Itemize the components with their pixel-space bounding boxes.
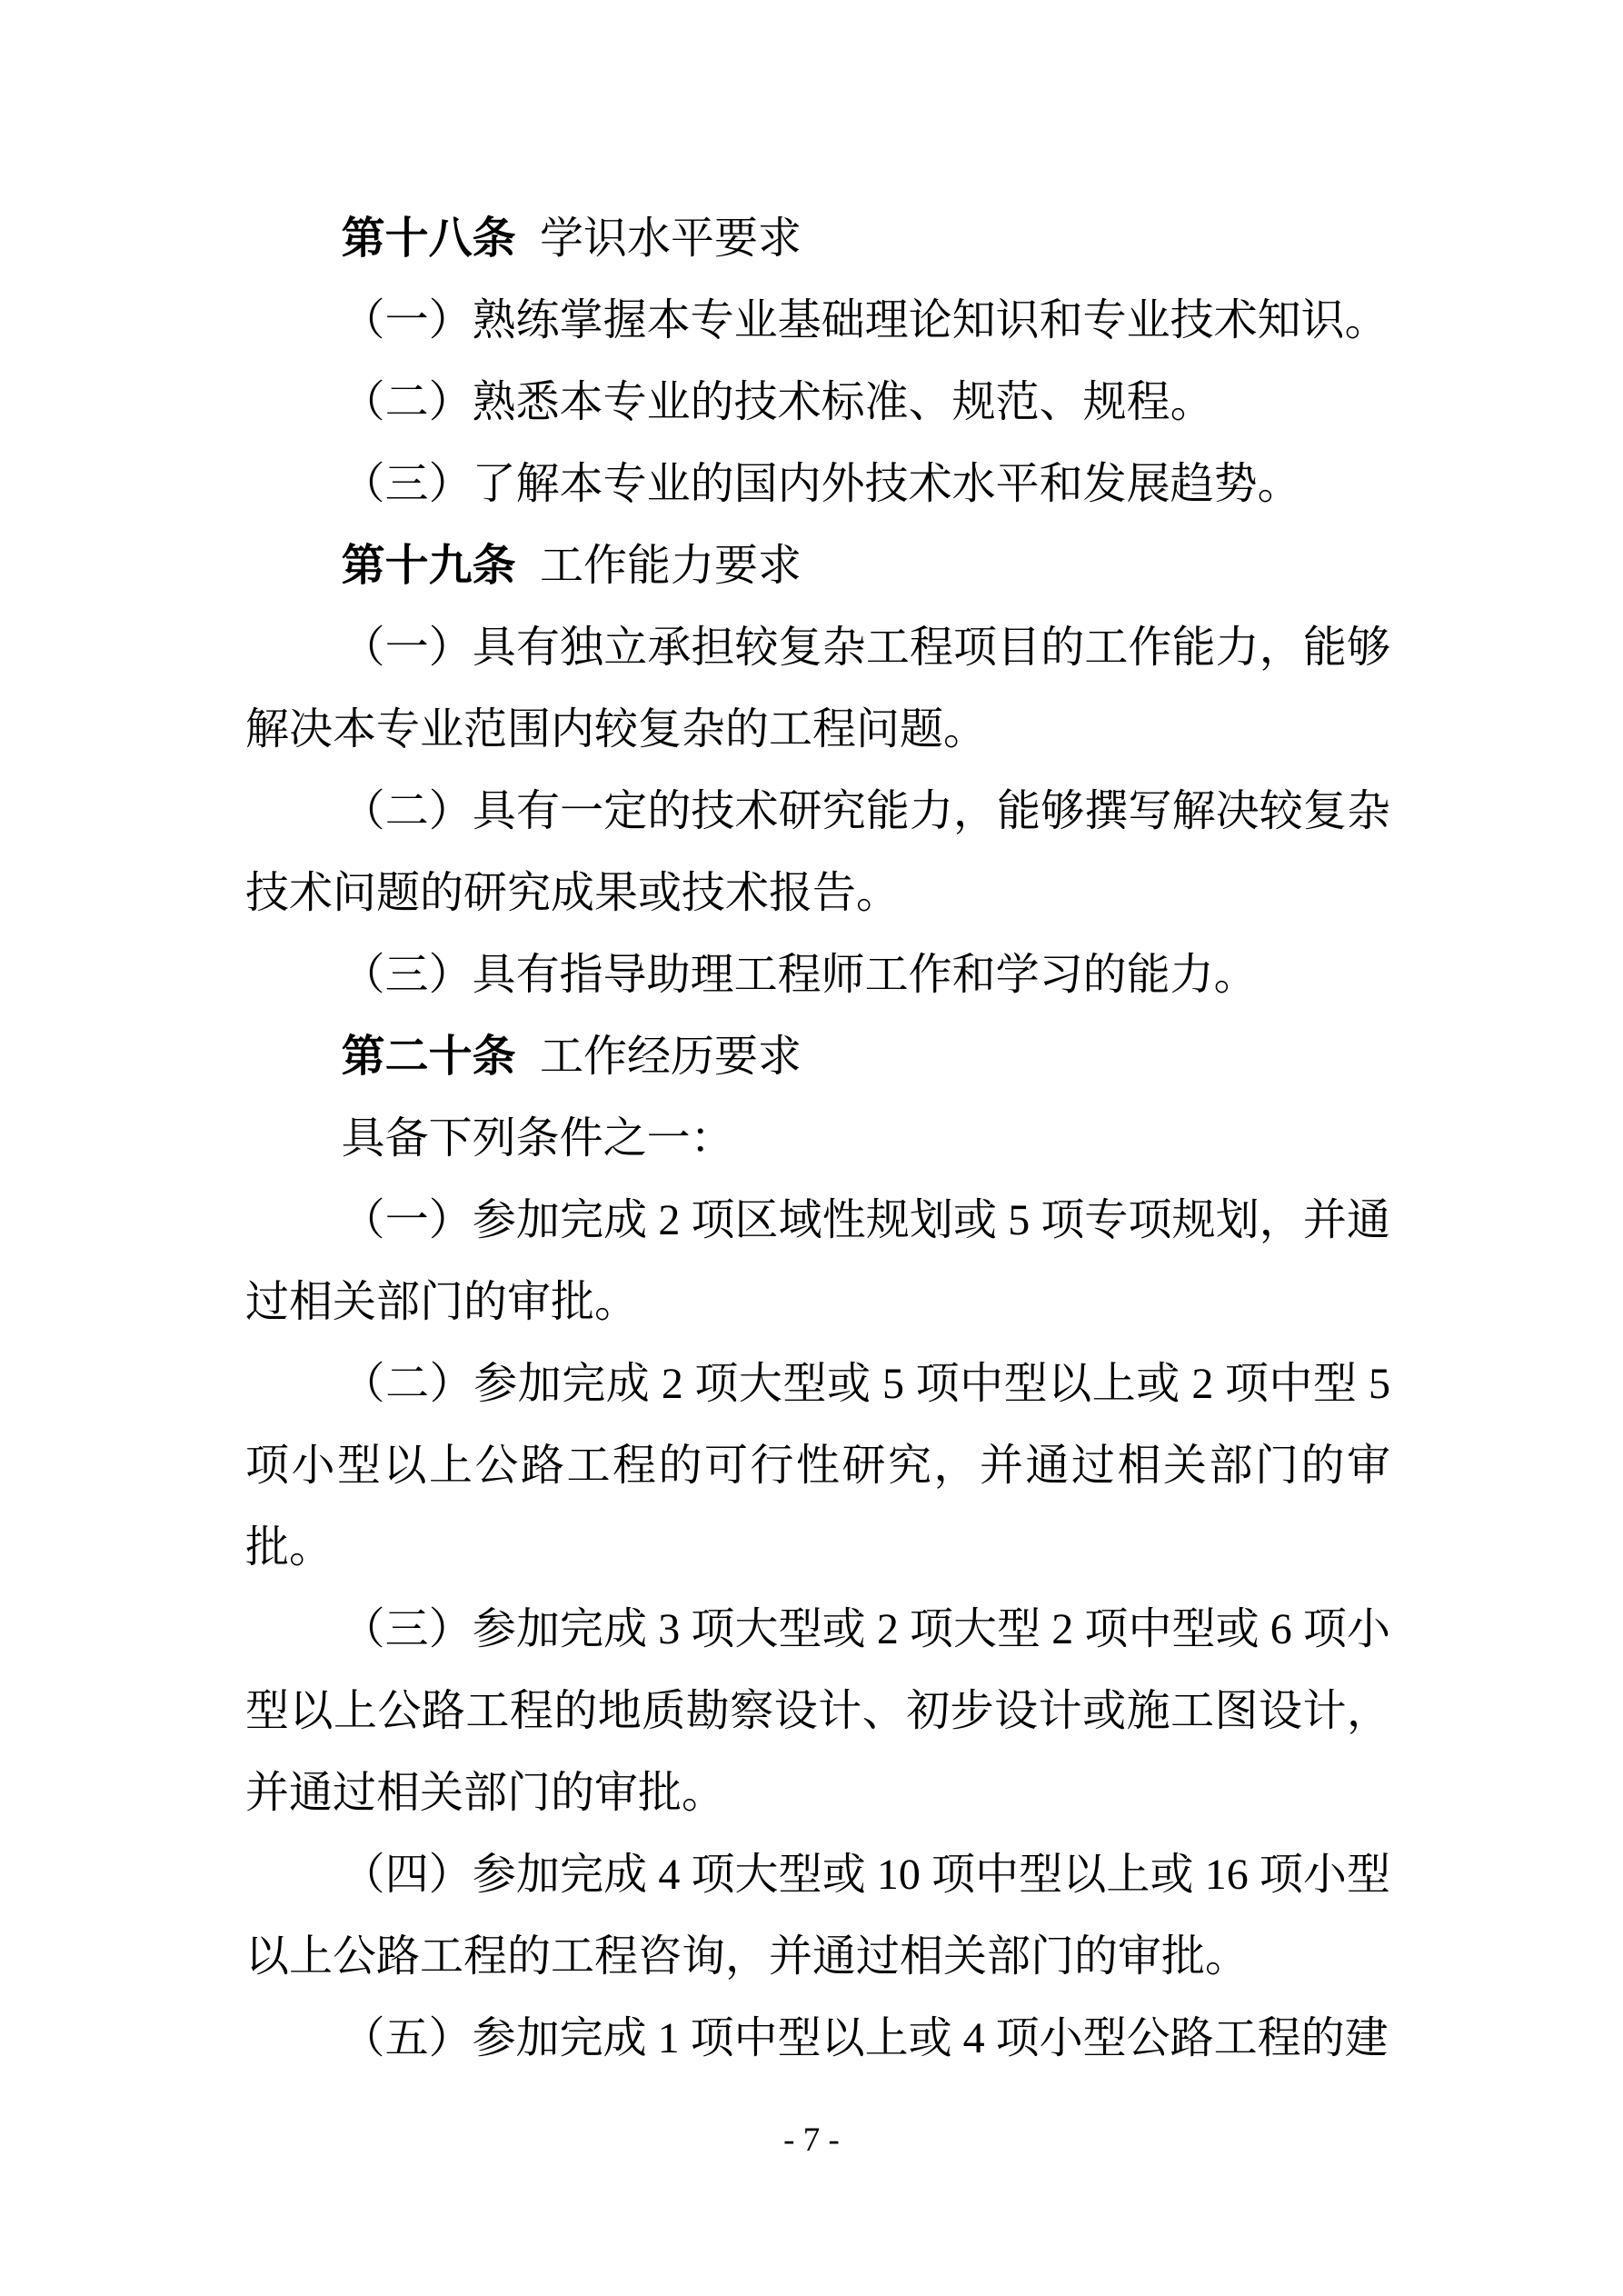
document-page: 第十八条学识水平要求 （一）熟练掌握本专业基础理论知识和专业技术知识。 （二）熟…	[0, 0, 1623, 2296]
paragraph-condition-2: （二）参加完成 2 项大型或 5 项中型以上或 2 项中型 5 项小型以上公路工…	[245, 1343, 1390, 1589]
article-title: 工作经历要求	[540, 1033, 802, 1081]
article-number: 第十八条	[342, 215, 516, 263]
paragraph-item-3: （三）了解本专业的国内外技术水平和发展趋势。	[245, 444, 1390, 525]
article-number: 第二十条	[342, 1033, 516, 1081]
paragraph-item-2: （二）熟悉本专业的技术标准、规范、规程。	[245, 362, 1390, 444]
article-title: 工作能力要求	[540, 542, 802, 590]
paragraph-intro: 具备下列条件之一：	[245, 1098, 1390, 1180]
paragraph-condition-1: （一）参加完成 2 项区域性规划或 5 项专项规划，并通过相关部门的审批。	[245, 1180, 1390, 1343]
paragraph-condition-4: （四）参加完成 4 项大型或 10 项中型以上或 16 项小型以上公路工程的工程…	[245, 1834, 1390, 1998]
article-heading-20: 第二十条工作经历要求	[245, 1016, 1390, 1098]
article-title: 学识水平要求	[540, 215, 802, 263]
paragraph-item-5: （二）具有一定的技术研究能力，能够撰写解决较复杂技术问题的研究成果或技术报告。	[245, 771, 1390, 934]
paragraph-condition-5: （五）参加完成 1 项中型以上或 4 项小型公路工程的建	[245, 1998, 1390, 2080]
article-number: 第十九条	[342, 542, 516, 590]
paragraph-condition-3: （三）参加完成 3 项大型或 2 项大型 2 项中型或 6 项小型以上公路工程的…	[245, 1589, 1390, 1834]
paragraph-item-4: （一）具有独立承担较复杂工程项目的工作能力，能够解决本专业范围内较复杂的工程问题…	[245, 607, 1390, 771]
page-number: - 7 -	[0, 2120, 1623, 2161]
article-heading-19: 第十九条工作能力要求	[245, 525, 1390, 607]
paragraph-item-1: （一）熟练掌握本专业基础理论知识和专业技术知识。	[245, 280, 1390, 362]
paragraph-item-6: （三）具有指导助理工程师工作和学习的能力。	[245, 934, 1390, 1016]
article-heading-18: 第十八条学识水平要求	[245, 198, 1390, 280]
